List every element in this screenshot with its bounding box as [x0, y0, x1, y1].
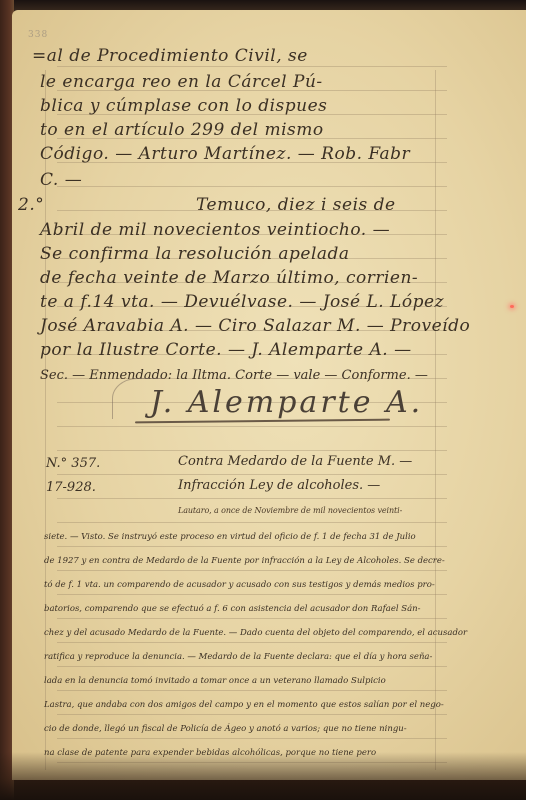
page-bottom-shadow	[0, 752, 526, 800]
ruled-line	[57, 714, 447, 715]
case-body-line-4: tó de f. 1 vta. un comparendo de acusado…	[44, 580, 435, 590]
signature: J. Alemparte A.	[150, 385, 423, 420]
case-body-line-3: de 1927 y en contra de Medardo de la Fue…	[44, 556, 445, 566]
entry-2-line-3: Se confirma la resolución apelada	[40, 244, 350, 264]
case-title-line-1: Contra Medardo de la Fuente M. —	[178, 454, 412, 469]
ruled-line	[57, 594, 447, 595]
right-margin-rule	[435, 70, 436, 770]
case-body-line-1: Lautaro, a once de Noviembre de mil nove…	[178, 506, 402, 515]
ruled-line	[57, 450, 447, 451]
case-number: N.° 357.	[46, 456, 100, 471]
ruled-line	[57, 498, 447, 499]
case-body-line-8: lada en la denuncia tomó invitado a toma…	[44, 676, 386, 686]
ruled-line	[57, 738, 447, 739]
page-number: 338	[28, 30, 48, 40]
ledger-photo: 338 =al de Procedimiento Civil, se le en…	[0, 0, 526, 800]
case-body-line-10: cio de donde, llegó un fiscal de Policía…	[44, 724, 407, 734]
ruled-line	[57, 522, 447, 523]
case-body-line-2: siete. — Visto. Se instruyó este proceso…	[44, 532, 416, 542]
entry-2-line-1: Temuco, diez i seis de	[196, 195, 396, 215]
ruled-line	[57, 642, 447, 643]
case-date: 17-928.	[46, 480, 96, 495]
case-title-line-2: Infracción Ley de alcoholes. —	[178, 478, 380, 493]
ruled-line	[57, 618, 447, 619]
entry-2-line-6: José Aravabia A. — Ciro Salazar M. — Pro…	[40, 316, 470, 336]
ruled-line	[57, 546, 447, 547]
ruled-line	[57, 66, 447, 67]
entry-2-line-7: por la Ilustre Corte. — J. Alemparte A. …	[40, 340, 412, 360]
continuation-line-1: =al de Procedimiento Civil, se	[32, 46, 308, 66]
ruled-line	[57, 690, 447, 691]
ruled-line	[57, 666, 447, 667]
continuation-line-3: blica y cúmplase con lo dispues	[40, 96, 327, 116]
ruled-line	[57, 426, 447, 427]
entry-2-marker: 2.°	[18, 195, 44, 215]
continuation-line-6: C. —	[40, 170, 82, 190]
light-artifact	[510, 305, 514, 308]
continuation-line-5: Código. — Arturo Martínez. — Rob. Fabr	[40, 144, 410, 164]
entry-2-line-8: Sec. — Enmendado: la Iltma. Corte — vale…	[40, 368, 428, 383]
entry-2-line-4: de fecha veinte de Marzo último, corrien…	[40, 268, 418, 288]
case-body-line-5: batorios, comparendo que se efectuó a f.…	[44, 604, 421, 614]
case-body-line-7: ratifica y reproduce la denuncia. — Meda…	[44, 652, 432, 662]
case-body-line-9: Lastra, que andaba con dos amigos del ca…	[44, 700, 444, 710]
ruled-line	[57, 570, 447, 571]
continuation-line-4: to en el artículo 299 del mismo	[40, 120, 324, 140]
continuation-line-2: le encarga reo en la Cárcel Pú-	[40, 72, 323, 92]
ruled-line	[57, 474, 447, 475]
ruled-line	[57, 186, 447, 187]
entry-2-line-2: Abril de mil novecientos veintiocho. —	[40, 220, 390, 240]
case-body-line-6: chez y del acusado Medardo de la Fuente.…	[44, 628, 467, 638]
entry-2-line-5: te a f.14 vta. — Devuélvase. — José L. L…	[40, 292, 444, 312]
